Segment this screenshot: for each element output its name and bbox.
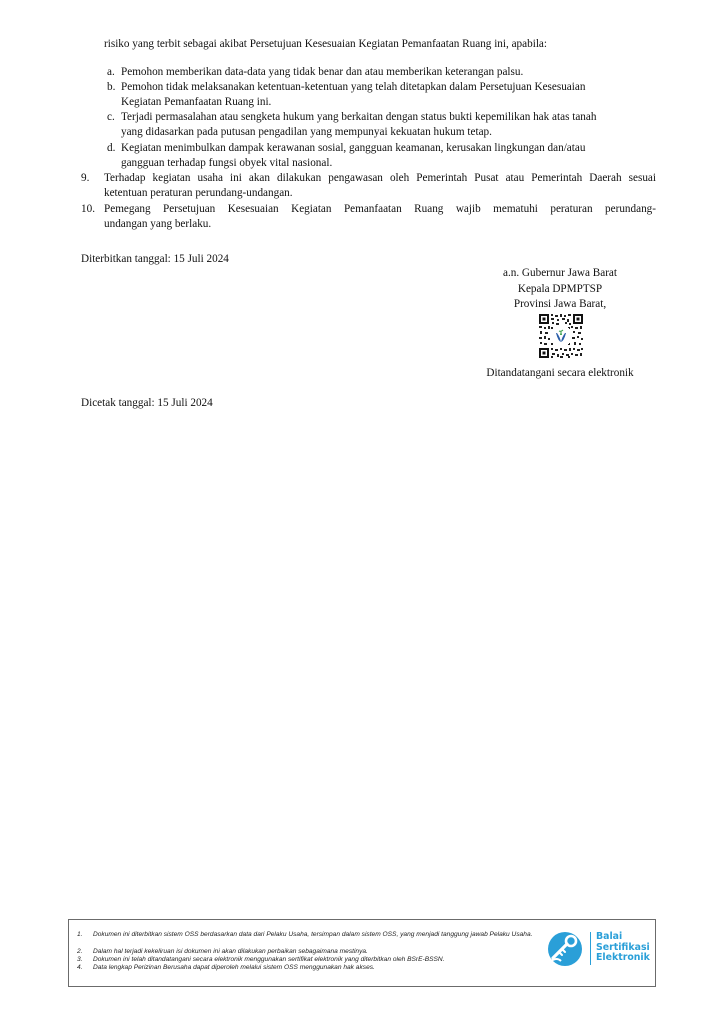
printed-date: Dicetak tanggal: 15 Juli 2024 [81,396,213,410]
footer-note-2-num: 2. [77,948,83,956]
sub-item-label-b: b. [107,80,115,95]
sub-item-b-text: Pemohon tidak melaksanakan ketentuan-ket… [121,80,585,94]
item-9-text-cont: ketentuan peraturan perundang-undangan. [104,186,293,200]
qr-code-icon [538,313,584,359]
sub-item-label-d: d. [107,141,115,156]
sub-item-d-text: Kegiatan menimbulkan dampak kerawanan so… [121,141,585,155]
footer-note-3: Dokumen ini telah ditandatangani secara … [93,956,543,964]
sub-item-d-text-cont: gangguan terhadap fungsi obyek vital nas… [121,156,332,170]
bse-logo-line-1: Balai [596,932,650,943]
footer-note-4-num: 4. [77,964,83,972]
footer-note-1-num: 1. [77,931,83,939]
item-10-label: 10. [81,202,95,217]
bse-logo-icon [547,931,583,970]
footer-note-1: Dokumen ini diterbitkan sistem OSS berda… [93,931,543,939]
signed-electronically-note: Ditandatangani secara elektronik [460,366,660,381]
signature-line-3: Provinsi Jawa Barat, [460,297,660,312]
issued-date: Diterbitkan tanggal: 15 Juli 2024 [81,252,229,266]
footer-note-4: Data lengkap Perizinan Berusaha dapat di… [93,964,543,972]
bse-logo-line-3: Elektronik [596,953,650,964]
sub-item-b-text-cont: Kegiatan Pemanfaatan Ruang ini. [121,95,271,109]
intro-line: risiko yang terbit sebagai akibat Perset… [104,37,547,51]
sub-item-label-c: c. [107,110,115,125]
item-10-text-cont: undangan yang berlaku. [104,217,211,231]
sub-item-a-text: Pemohon memberikan data-data yang tidak … [121,65,523,79]
signature-line-2: Kepala DPMPTSP [460,282,660,297]
sub-item-label-a: a. [107,65,115,80]
sub-item-c-text-cont: yang didasarkan pada putusan pengadilan … [121,125,492,139]
item-9-label: 9. [81,171,89,186]
footer-note-2: Dalam hal terjadi kekeliruan isi dokumen… [93,948,543,956]
signature-line-1: a.n. Gubernur Jawa Barat [460,266,660,281]
item-10-text: Pemegang Persetujuan Kesesuaian Kegiatan… [104,202,656,217]
bse-logo-text: Balai Sertifikasi Elektronik [596,932,650,964]
footer-note-3-num: 3. [77,956,83,964]
bse-logo-divider [590,932,591,965]
footer-notes-box: 1. Dokumen ini diterbitkan sistem OSS be… [68,919,656,987]
item-9-text: Terhadap kegiatan usaha ini akan dilakuk… [104,171,656,186]
sub-item-c-text: Terjadi permasalahan atau sengketa hukum… [121,110,596,124]
